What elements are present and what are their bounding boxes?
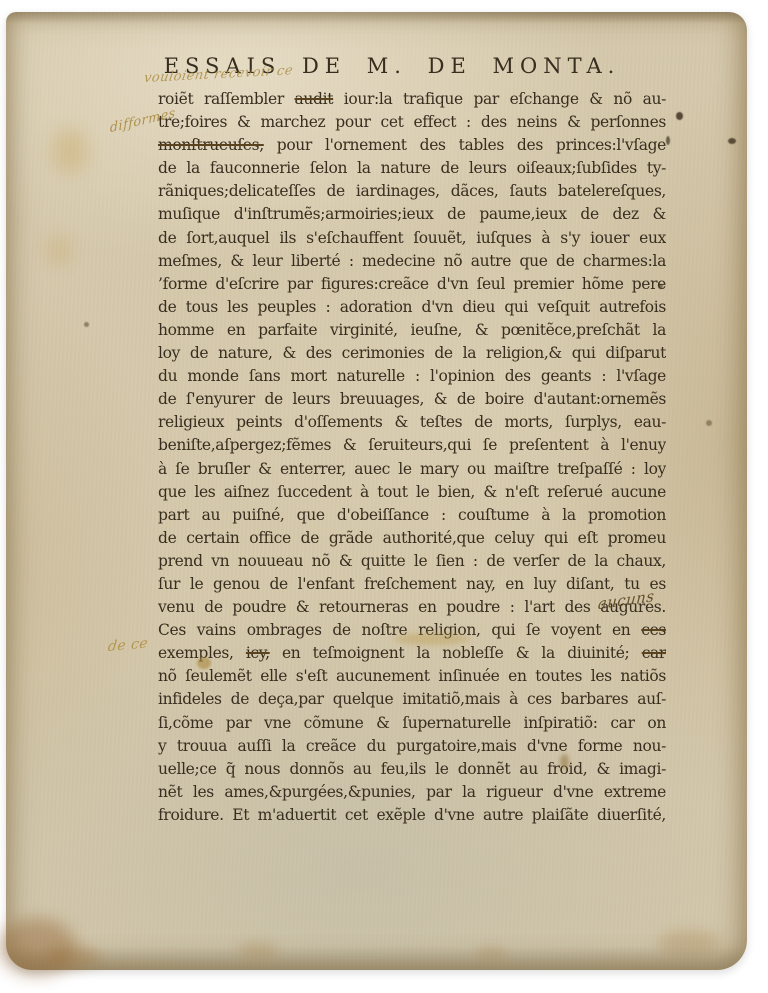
- bottom-edge-stain: [658, 930, 720, 956]
- text-line: que les aiſnez ſuccedent à tout le bien,…: [158, 481, 666, 504]
- printed-text: nẽt les ames,&purgées,&punies, par la ri…: [158, 783, 666, 801]
- text-line: Ces vains ombrages de noſtre religion, q…: [158, 619, 666, 642]
- printed-text: nõ ſeulemẽt elle s'eſt aucunement inſinu…: [158, 667, 666, 685]
- text-line: froidure. Et m'aduertit cet exẽple d'vne…: [158, 804, 666, 827]
- text-line: de ſort,auquel ils s'eſchauffent ſouuẽt,…: [158, 227, 666, 250]
- printed-text: tre;foires & marchez pour cet effect : d…: [158, 113, 666, 131]
- struck-word: audit: [295, 90, 334, 108]
- screenshot-root: { "colors": { "background": "#ffffff", "…: [0, 0, 768, 993]
- printed-text: meſmes, & leur liberté : medecine nõ aut…: [158, 252, 666, 270]
- struck-word: icy,: [246, 644, 270, 662]
- printed-text: part au puiſné, que d'obeiſſance : couſt…: [158, 506, 666, 524]
- text-line: prend vn nouueau nõ & quitte le ſien : d…: [158, 550, 666, 573]
- ink-speck: [728, 138, 736, 144]
- text-line: loy de nature, & des cerimonies de la re…: [158, 342, 666, 365]
- ink-speck: [676, 112, 683, 120]
- struck-word: car: [642, 644, 666, 662]
- printed-text: ’forme d'eſcrire par figures:creãce d'vn…: [158, 275, 666, 293]
- printed-text: loy de nature, & des cerimonies de la re…: [158, 344, 666, 362]
- printed-text: iour:la trafique par eſchange & nõ au-: [333, 90, 666, 108]
- corner-stain-bottom-left: [0, 918, 76, 976]
- printed-text: en teſmoignent la nobleſſe & la diuinité…: [270, 644, 642, 662]
- ink-speck: [84, 322, 89, 327]
- printed-text: religieux peints d'oſſements & teſtes de…: [158, 413, 666, 431]
- bottom-edge-stain: [48, 946, 100, 968]
- printed-text: de la fauconnerie ſelon la nature de leu…: [158, 159, 666, 177]
- text-line: rãniques;delicateſſes de iardinages, dãc…: [158, 180, 666, 203]
- ink-speck: [666, 136, 670, 145]
- text-line: meſmes, & leur liberté : medecine nõ aut…: [158, 250, 666, 273]
- printed-text: froidure. Et m'aduertit cet exẽple d'vne…: [158, 806, 666, 824]
- printed-text: Ces vains ombrages de noſtre religion, q…: [158, 621, 641, 639]
- text-line: ſi,cõme par vne cõmune & ſupernaturelle …: [158, 712, 666, 735]
- text-line: de tous les peuples : adoration d'vn die…: [158, 296, 666, 319]
- bottom-edge-stain: [476, 946, 506, 960]
- text-line: roiẽt raſſembler audit iour:la trafique …: [158, 88, 666, 111]
- text-line: tre;foires & marchez pour cet effect : d…: [158, 111, 666, 134]
- margin-correction-de-ce: de ce: [107, 635, 149, 655]
- printed-text: beniſte,aſpergez;fẽmes & ſeruiteurs,qui …: [158, 436, 666, 454]
- text-line: muſique d'inſtrumẽs;armoiries;ieux de pa…: [158, 203, 666, 226]
- left-margin-stain: [52, 128, 88, 174]
- printed-text: pour l'ornement des tables des princes:l…: [264, 136, 666, 154]
- book-page: ESSAIS DE M. DE MONTA. roiẽt raſſembler …: [6, 12, 747, 970]
- printed-text: à ſe bruſler & enterrer, auec le mary ou…: [158, 460, 666, 478]
- printed-text: de certain office de grãde authorité,que…: [158, 529, 666, 547]
- text-line: nõ ſeulemẽt elle s'eſt aucunement inſinu…: [158, 665, 666, 688]
- text-line: ſur le genou de l'enfant freſchement nay…: [158, 573, 666, 596]
- printed-text: rãniques;delicateſſes de iardinages, dãc…: [158, 182, 666, 200]
- bottom-edge-stain: [238, 942, 278, 958]
- text-line: de ſ'enyurer de leurs breuuages, & de bo…: [158, 388, 666, 411]
- printed-text: muſique d'inſtrumẽs;armoiries;ieux de pa…: [158, 205, 666, 223]
- printed-text: venu de poudre & retourneras en poudre :…: [158, 598, 666, 616]
- printed-text: infideles de deça,par quelque imitatiõ,m…: [158, 690, 666, 708]
- running-header: ESSAIS DE M. DE MONTA.: [142, 54, 642, 80]
- text-line: de la fauconnerie ſelon la nature de leu…: [158, 157, 666, 180]
- text-line: infideles de deça,par quelque imitatiõ,m…: [158, 688, 666, 711]
- text-line: religieux peints d'oſſements & teſtes de…: [158, 411, 666, 434]
- printed-text: exemples,: [158, 644, 246, 662]
- printed-text: de ſort,auquel ils s'eſchauffent ſouuẽt,…: [158, 229, 666, 247]
- printed-text: roiẽt raſſembler: [158, 90, 295, 108]
- text-line: homme en parfaite virginité, ieuſne, & p…: [158, 319, 666, 342]
- struck-word: monſtrueuſes,: [158, 136, 264, 154]
- text-line: exemples, icy, en teſmoignent la nobleſſ…: [158, 642, 666, 665]
- printed-text: ſi,cõme par vne cõmune & ſupernaturelle …: [158, 714, 666, 732]
- text-line: monſtrueuſes, pour l'ornement des tables…: [158, 134, 666, 157]
- printed-text: que les aiſnez ſuccedent à tout le bien,…: [158, 483, 666, 501]
- ink-speck: [706, 420, 712, 426]
- text-line: venu de poudre & retourneras en poudre :…: [158, 596, 666, 619]
- printed-text: y trouua auſſi la creãce du purgatoire,m…: [158, 737, 666, 755]
- text-line: nẽt les ames,&purgées,&punies, par la ri…: [158, 781, 666, 804]
- text-block: roiẽt raſſembler audit iour:la trafique …: [158, 88, 666, 827]
- printed-text: uelle;ce q̃ nous donnõs au feu,ils le do…: [158, 760, 666, 778]
- left-margin-stain: [46, 236, 72, 266]
- struck-word: ces: [641, 621, 666, 639]
- printed-text: du monde ſans mort naturelle : l'opinion…: [158, 367, 666, 385]
- text-line: uelle;ce q̃ nous donnõs au feu,ils le do…: [158, 758, 666, 781]
- text-line: ’forme d'eſcrire par figures:creãce d'vn…: [158, 273, 666, 296]
- printed-text: de ſ'enyurer de leurs breuuages, & de bo…: [158, 390, 666, 408]
- printed-text: prend vn nouueau nõ & quitte le ſien : d…: [158, 552, 666, 570]
- printed-text: ſur le genou de l'enfant freſchement nay…: [158, 575, 666, 593]
- text-line: part au puiſné, que d'obeiſſance : couſt…: [158, 504, 666, 527]
- text-line: beniſte,aſpergez;fẽmes & ſeruiteurs,qui …: [158, 434, 666, 457]
- printed-text: de tous les peuples : adoration d'vn die…: [158, 298, 666, 316]
- printed-text: homme en parfaite virginité, ieuſne, & p…: [158, 321, 666, 339]
- text-line: du monde ſans mort naturelle : l'opinion…: [158, 365, 666, 388]
- text-line: à ſe bruſler & enterrer, auec le mary ou…: [158, 458, 666, 481]
- text-line: y trouua auſſi la creãce du purgatoire,m…: [158, 735, 666, 758]
- text-line: de certain office de grãde authorité,que…: [158, 527, 666, 550]
